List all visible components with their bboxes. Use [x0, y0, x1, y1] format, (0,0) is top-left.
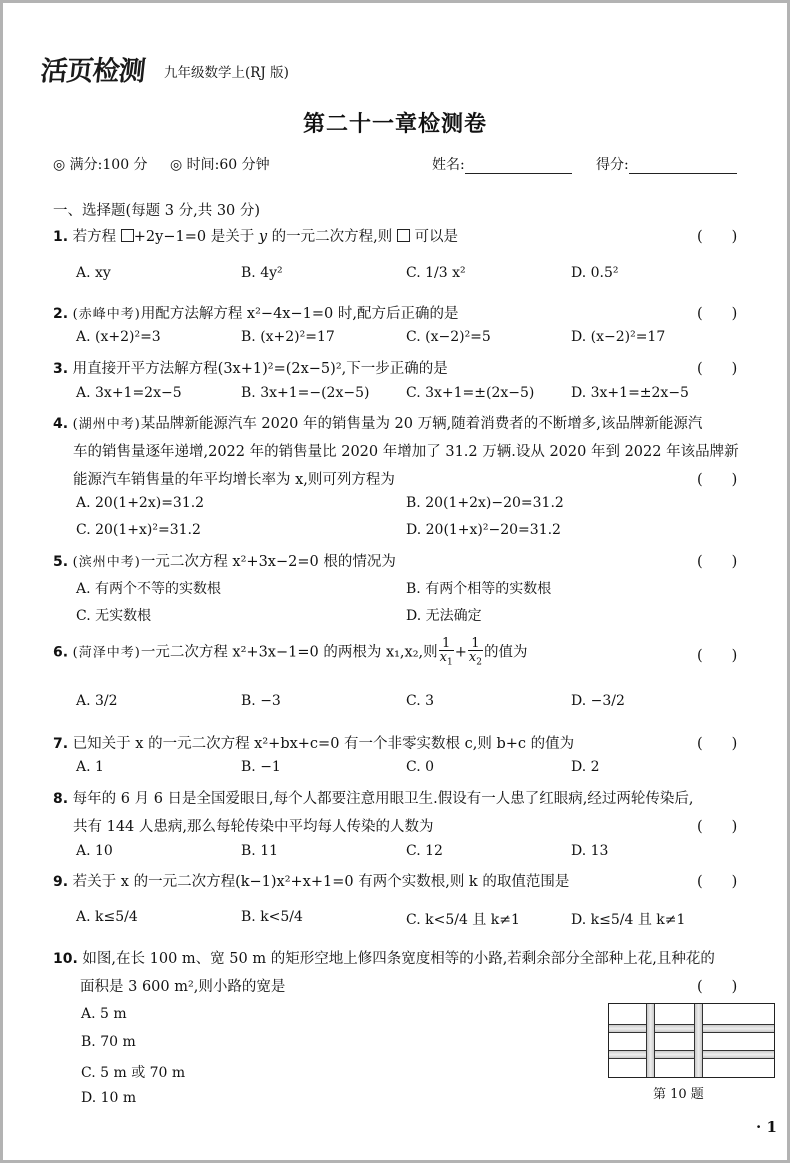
q10-option-d: D. 10 m [81, 1090, 136, 1106]
worksheet-page: 活页检测 九年级数学上(RJ 版) 第二十一章检测卷 ◎ 满分:100 分 ◎ … [3, 3, 787, 1160]
q8-option-d: D. 13 [571, 843, 608, 859]
q4-option-b: B. 20(1+2x)−20=31.2 [406, 495, 564, 511]
q7-option-a: A. 1 [76, 759, 104, 775]
brand-logo: 活页检测 [39, 49, 147, 88]
question-5: 5. (滨州中考)一元二次方程 x²+3x−2=0 根的情况为 [53, 550, 396, 571]
q5-option-a: A. 有两个不等的实数根 [76, 578, 221, 598]
q5-option-d: D. 无法确定 [406, 605, 482, 625]
q3-option-d: D. 3x+1=±2x−5 [571, 385, 689, 401]
answer-blank-10[interactable]: ( ) [697, 975, 737, 996]
question-10: 10. 如图,在长 100 m、宽 50 m 的矩形空地上修四条宽度相等的小路,… [53, 947, 715, 968]
page-title: 第二十一章检测卷 [3, 107, 787, 138]
q4-option-c: C. 20(1+x)²=31.2 [76, 522, 201, 538]
q10-option-a: A. 5 m [81, 1006, 127, 1022]
q10-figure-garden-paths [608, 1003, 775, 1078]
q3-option-c: C. 3x+1=±(2x−5) [406, 385, 534, 401]
question-4-line-3: 能源汽车销售量的年平均增长率为 x,则可列方程为 [73, 468, 395, 489]
question-3: 3. 用直接开平方法解方程(3x+1)²=(2x−5)²,下一步正确的是 [53, 357, 448, 378]
q6-option-c: C. 3 [406, 693, 434, 709]
question-8-line-2: 共有 144 人患病,那么每轮传染中平均每人传染的人数为 [73, 815, 434, 836]
q3-option-a: A. 3x+1=2x−5 [76, 385, 182, 401]
question-2: 2. (赤峰中考)用配方法解方程 x²−4x−1=0 时,配方后正确的是 [53, 302, 458, 323]
q10-option-c: C. 5 m 或 70 m [81, 1062, 185, 1082]
page-number: · 1 [756, 1118, 777, 1136]
blank-box-icon [397, 229, 410, 242]
q5-option-c: C. 无实数根 [76, 605, 151, 625]
q6-option-d: D. −3/2 [571, 693, 625, 709]
q1-option-c: C. 1/3 x² [406, 265, 466, 281]
question-1: 1. 若方程 +2y−1=0 是关于 y 的一元二次方程,则 可以是 [53, 225, 458, 246]
q9-option-a: A. k≤5/4 [76, 909, 138, 925]
answer-blank-6[interactable]: ( ) [697, 644, 737, 665]
answer-blank-9[interactable]: ( ) [697, 870, 737, 891]
horizontal-path [609, 1024, 774, 1033]
answer-blank-5[interactable]: ( ) [697, 550, 737, 571]
fraction-1-over-x1: 1x1 [439, 637, 454, 668]
q3-option-b: B. 3x+1=−(2x−5) [241, 385, 369, 401]
question-7: 7. 已知关于 x 的一元二次方程 x²+bx+c=0 有一个非零实数根 c,则… [53, 732, 574, 753]
q8-option-b: B. 11 [241, 843, 278, 859]
name-label: 姓名: [432, 157, 465, 173]
exam-time: ◎ 时间:60 分钟 [170, 154, 270, 174]
answer-blank-2[interactable]: ( ) [697, 302, 737, 323]
question-4: 4. (湖州中考)某品牌新能源汽车 2020 年的销售量为 20 万辆,随着消费… [53, 412, 702, 433]
score-blank[interactable] [629, 159, 737, 174]
q9-option-b: B. k<5/4 [241, 909, 303, 925]
figure-caption: 第 10 题 [653, 1083, 704, 1102]
question-4-line-2: 车的销售量逐年递增,2022 年的销售量比 2020 年增加了 31.2 万辆.… [73, 440, 739, 461]
vertical-path [694, 1004, 703, 1077]
q5-option-b: B. 有两个相等的实数根 [406, 578, 551, 598]
answer-blank-1[interactable]: ( ) [697, 225, 737, 246]
answer-blank-8[interactable]: ( ) [697, 815, 737, 836]
horizontal-path [609, 1050, 774, 1059]
q7-option-d: D. 2 [571, 759, 600, 775]
q1-option-d: D. 0.5² [571, 265, 619, 281]
q2-option-d: D. (x−2)²=17 [571, 329, 665, 345]
q8-option-c: C. 12 [406, 843, 443, 859]
score-field[interactable]: 得分: [596, 154, 737, 174]
q1-option-a: A. xy [76, 265, 111, 281]
q2-option-c: C. (x−2)²=5 [406, 329, 491, 345]
book-subtitle: 九年级数学上(RJ 版) [164, 61, 289, 81]
full-score: ◎ 满分:100 分 [53, 154, 148, 174]
question-10-line-2: 面积是 3 600 m²,则小路的宽是 [80, 975, 285, 996]
q4-option-a: A. 20(1+2x)=31.2 [76, 495, 204, 511]
q8-option-a: A. 10 [76, 843, 113, 859]
q7-option-c: C. 0 [406, 759, 434, 775]
q4-option-d: D. 20(1+x)²−20=31.2 [406, 522, 561, 538]
answer-blank-3[interactable]: ( ) [697, 357, 737, 378]
question-6: 6. (菏泽中考)一元二次方程 x²+3x−1=0 的两根为 x₁,x₂,则1x… [53, 637, 527, 668]
q2-option-b: B. (x+2)²=17 [241, 329, 335, 345]
q7-option-b: B. −1 [241, 759, 281, 775]
q1-option-b: B. 4y² [241, 265, 283, 281]
question-8: 8. 每年的 6 月 6 日是全国爱眼日,每个人都要注意用眼卫生.假设有一人患了… [53, 787, 694, 808]
q9-option-c: C. k<5/4 且 k≠1 [406, 909, 520, 929]
name-field[interactable]: 姓名: [432, 154, 572, 174]
vertical-path [646, 1004, 655, 1077]
question-9: 9. 若关于 x 的一元二次方程(k−1)x²+x+1=0 有两个实数根,则 k… [53, 870, 569, 891]
name-blank[interactable] [465, 159, 572, 174]
q2-option-a: A. (x+2)²=3 [76, 329, 161, 345]
section-heading: 一、选择题(每题 3 分,共 30 分) [53, 199, 260, 220]
score-label: 得分: [596, 157, 629, 173]
q10-option-b: B. 70 m [81, 1034, 136, 1050]
answer-blank-7[interactable]: ( ) [697, 732, 737, 753]
fraction-1-over-x2: 1x2 [468, 637, 483, 668]
blank-box-icon [121, 229, 134, 242]
q6-option-b: B. −3 [241, 693, 281, 709]
answer-blank-4[interactable]: ( ) [697, 468, 737, 489]
q9-option-d: D. k≤5/4 且 k≠1 [571, 909, 685, 929]
q6-option-a: A. 3/2 [76, 693, 118, 709]
